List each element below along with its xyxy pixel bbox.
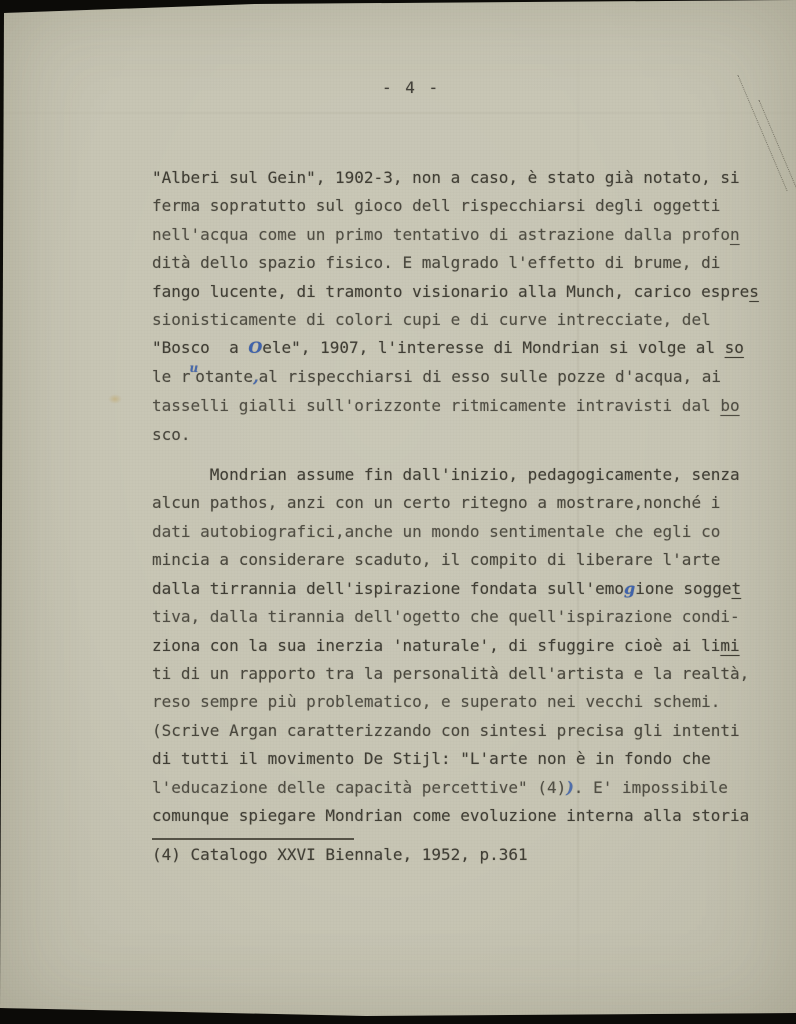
text-segment: ele", 1907, l'interesse di Mondrian si v… [262,338,724,357]
text-segment: di tutti il movimento De Stijl: "L'arte … [152,749,711,768]
text-line: sco. [152,421,772,449]
text-segment: dalla tirrannia dell'ispirazione fondata… [152,579,624,598]
text-line: dati autobiografici,anche un mondo senti… [152,518,772,546]
text-line: ziona con la sua inerzia 'naturale', di … [152,632,772,660]
footnote-rule [152,838,354,840]
text-line: tasselli gialli sull'orizzonte ritmicame… [152,392,772,420]
text-line: dalla tirrannia dell'ispirazione fondata… [152,575,772,603]
text-segment: reso sempre più problematico, e superato… [152,692,720,711]
text-line: "Bosco a Oele", 1907, l'interesse di Mon… [152,334,772,362]
handwritten-correction: ) [566,778,574,797]
text-segment: ziona con la sua inerzia 'naturale', di … [152,636,720,655]
underlined-syllable: so [725,338,744,357]
text-segment: al rispecchiarsi di esso sulle pozze d'a… [259,367,721,386]
text-segment: alcun pathos, anzi con un certo ritegno … [152,493,720,512]
text-segment: le r [152,367,191,386]
text-body: "Alberi sul Gein", 1902-3, non a caso, è… [152,164,772,830]
scanned-document: - 4 - "Alberi sul Gein", 1902-3, non a c… [0,0,796,1024]
underlined-syllable: mi [720,636,739,655]
footnote: (4) Catalogo XXVI Biennale, 1952, p.361 [152,838,528,864]
fold-crease-horizontal [0,112,796,114]
text-segment: sionisticamente di colori cupi e di curv… [152,310,711,329]
text-segment: ti di un rapporto tra la personalità del… [152,664,749,683]
text-segment: Mondrian assume fin dall'inizio, pedagog… [152,465,740,484]
page-number: - 4 - [382,78,440,97]
text-line: tiva, dalla tirannia dell'ogetto che que… [152,603,772,631]
text-line: dità dello spazio fisico. E malgrado l'e… [152,249,772,277]
underlined-syllable: n [730,225,740,244]
paper-stain [108,394,122,404]
text-line: le ruotante,al rispecchiarsi di esso sul… [152,363,772,392]
handwritten-correction: O [248,338,262,357]
text-segment: ione sogge [635,579,731,598]
text-segment: fango lucente, di tramonto visionario al… [152,282,749,301]
text-segment: sco. [152,425,191,444]
text-segment: (Scrive Argan caratterizzando con sintes… [152,721,740,740]
handwritten-correction: u [190,361,199,375]
text-line: fango lucente, di tramonto visionario al… [152,278,772,306]
paragraph: "Alberi sul Gein", 1902-3, non a caso, è… [152,164,772,449]
text-line: ferma sopratutto sul gioco dell rispecch… [152,192,772,220]
text-segment: . E' impossibile [574,778,728,797]
text-line: mincia a considerare scaduto, il compito… [152,546,772,574]
text-segment: nell'acqua come un primo tentativo di as… [152,225,730,244]
text-segment: ferma sopratutto sul gioco dell rispecch… [152,196,720,215]
text-line: nell'acqua come un primo tentativo di as… [152,221,772,249]
text-line: (Scrive Argan caratterizzando con sintes… [152,717,772,745]
text-segment: dità dello spazio fisico. E malgrado l'e… [152,253,720,272]
handwritten-correction: g [624,579,635,598]
paragraph: Mondrian assume fin dall'inizio, pedagog… [152,461,772,830]
text-line: comunque spiegare Mondrian come evoluzio… [152,802,772,830]
text-line: reso sempre più problematico, e superato… [152,688,772,716]
text-segment: dati autobiografici,anche un mondo senti… [152,522,720,541]
text-segment: "Alberi sul Gein", 1902-3, non a caso, è… [152,168,740,187]
text-line: l'educazione delle capacità percettive" … [152,774,772,802]
text-line: alcun pathos, anzi con un certo ritegno … [152,489,772,517]
text-line: Mondrian assume fin dall'inizio, pedagog… [152,461,772,489]
text-line: sionisticamente di colori cupi e di curv… [152,306,772,334]
text-segment: comunque spiegare Mondrian come evoluzio… [152,806,749,825]
text-segment: tasselli gialli sull'orizzonte ritmicame… [152,396,720,415]
text-segment: tiva, dalla tirannia dell'ogetto che que… [152,607,740,626]
text-line: di tutti il movimento De Stijl: "L'arte … [152,745,772,773]
underlined-syllable: s [749,282,759,301]
footnote-text: (4) Catalogo XXVI Biennale, 1952, p.361 [152,845,528,864]
text-line: ti di un rapporto tra la personalità del… [152,660,772,688]
underlined-syllable: bo [720,396,739,415]
text-segment: otante [195,367,253,386]
text-segment: "Bosco a [152,338,248,357]
text-segment: l'educazione delle capacità percettive" … [152,778,566,797]
document-page: - 4 - "Alberi sul Gein", 1902-3, non a c… [0,0,796,1024]
text-line: "Alberi sul Gein", 1902-3, non a caso, è… [152,164,772,192]
text-segment: mincia a considerare scaduto, il compito… [152,550,720,569]
underlined-syllable: t [732,579,742,598]
